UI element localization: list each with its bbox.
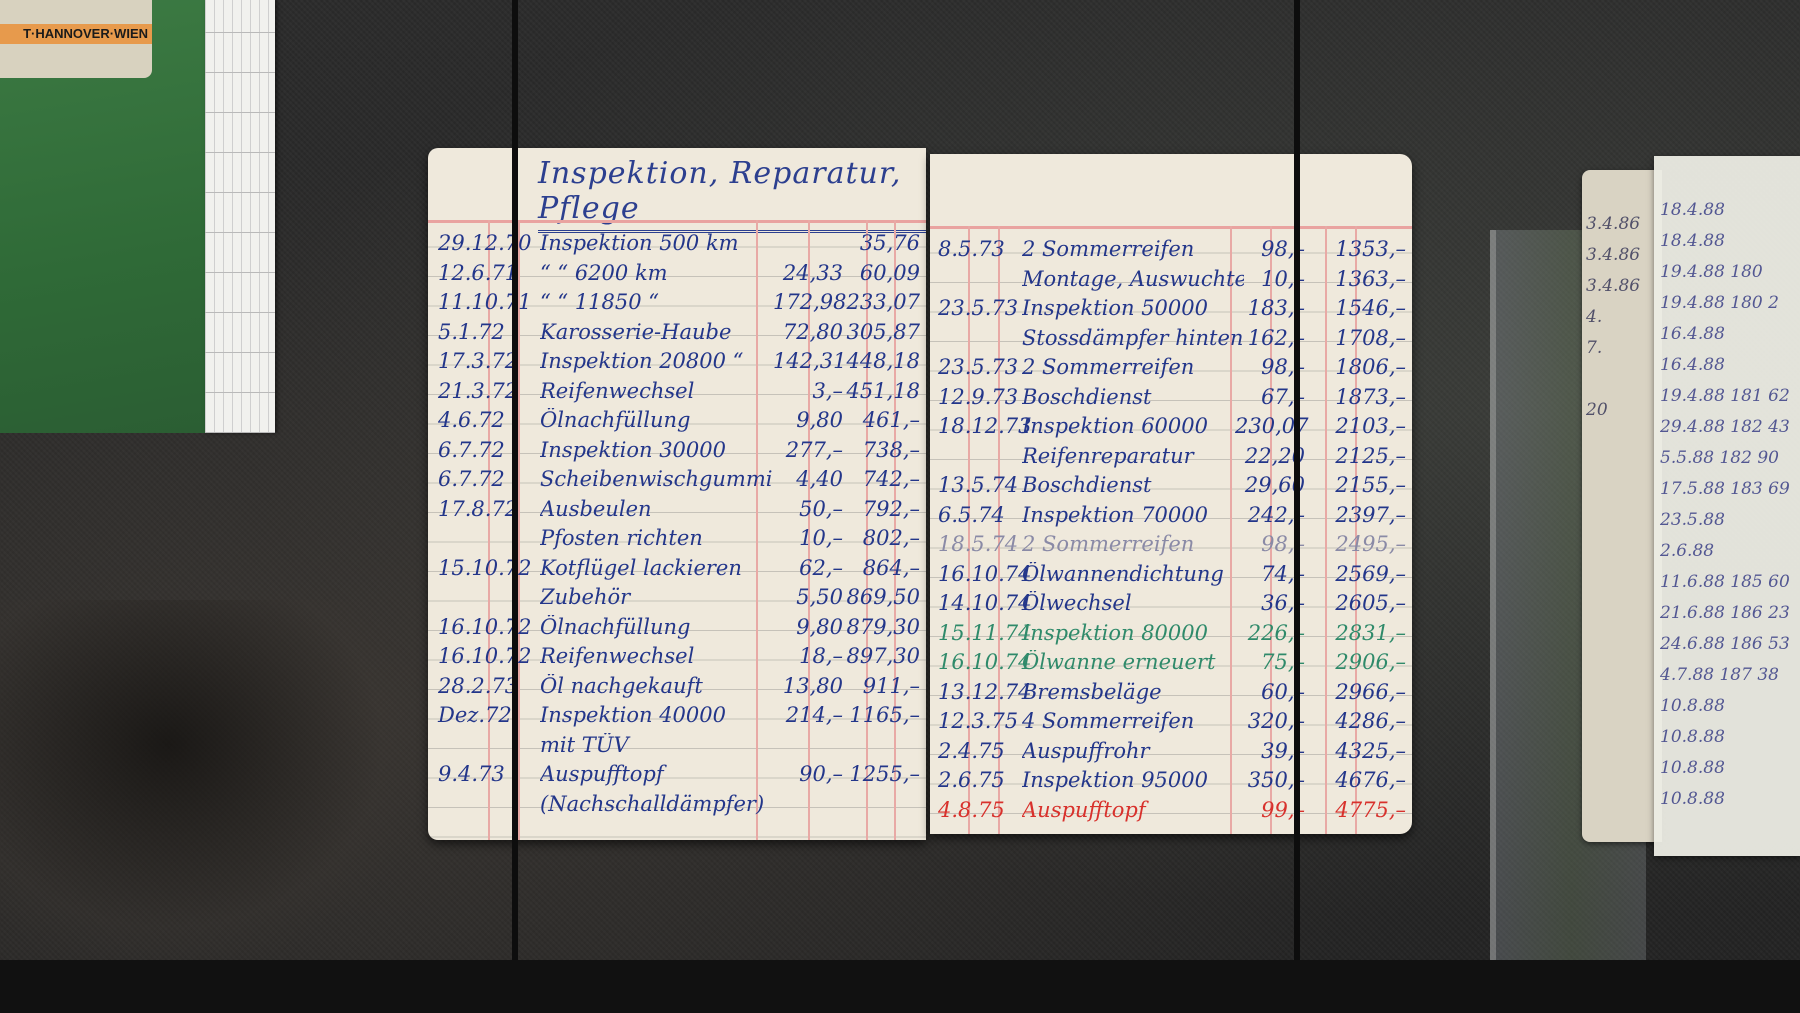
entry-desc: Ölwanne erneuert [1022, 650, 1244, 674]
entry-desc: Inspektion 500 km [540, 231, 805, 255]
entry-total: 461,– [828, 408, 920, 432]
entry-desc: mit TÜV [540, 733, 805, 757]
entry-date: 16.10.74 [938, 650, 1018, 674]
entry-total: 451,18 [828, 379, 920, 403]
entry-total: 2125,– [1310, 444, 1406, 468]
entry-date: 14.10.74 [938, 591, 1018, 615]
entry-total: 742,– [828, 467, 920, 491]
note-line: 16.4.88 [1654, 324, 1800, 355]
entry-desc: 2 Sommerreifen [1022, 532, 1244, 556]
cover-label-text: T·HANNOVER·WIEN [0, 24, 152, 44]
entry-total: 4775,– [1310, 798, 1406, 822]
entry-total: 2155,– [1310, 473, 1406, 497]
note-line: 10.8.88 [1654, 696, 1800, 727]
entry-desc: Inspektion 70000 [1022, 503, 1244, 527]
note-line: 19.4.88 180 2 [1654, 293, 1800, 324]
entry-desc: Auspufftopf [1022, 798, 1244, 822]
note-line: 18.4.88 [1654, 231, 1800, 262]
logbook-left-page: Inspektion, Reparatur, Pflege 29.12.70In… [428, 148, 926, 840]
entry-desc: Inspektion 30000 [540, 438, 805, 462]
entry-desc: Inspektion 95000 [1022, 768, 1244, 792]
entry-total: 792,– [828, 497, 920, 521]
note-line: 7. [1582, 338, 1662, 369]
entry-desc: Boschdienst [1022, 385, 1244, 409]
entry-desc: Stossdämpfer hinten [1022, 326, 1244, 350]
ledger-entry: Montage, Auswuchten10,–1363,– [930, 264, 1412, 294]
entry-total: 869,50 [828, 585, 920, 609]
note-line: 10.8.88 [1654, 789, 1800, 820]
entry-desc: (Nachschalldämpfer) [540, 792, 805, 816]
entry-total: 2569,– [1310, 562, 1406, 586]
ledger-entry: 14.10.74Ölwechsel36,–2605,– [930, 588, 1412, 618]
entry-desc: Reifenwechsel [540, 379, 805, 403]
entry-total: 2103,– [1310, 414, 1406, 438]
ledger-entry: 15.11.74Inspektion 80000226,–2831,– [930, 618, 1412, 648]
entry-total: 233,07 [828, 290, 920, 314]
entry-total: 1806,– [1310, 355, 1406, 379]
entry-desc: Ölwechsel [1022, 591, 1244, 615]
note-line: 16.4.88 [1654, 355, 1800, 386]
entry-total: 305,87 [828, 320, 920, 344]
ledger-entry: 18.12.73Inspektion 60000230,072103,– [930, 411, 1412, 441]
entry-desc: “ “ 6200 km [540, 261, 805, 285]
note-line: 4. [1582, 307, 1662, 338]
entry-desc: Boschdienst [1022, 473, 1244, 497]
green-notebook: T·HANNOVER·WIEN [0, 0, 208, 433]
ledger-entry: 6.7.72Inspektion 30000277,–738,– [428, 435, 926, 465]
ledger-entry: 13.5.74Boschdienst29,602155,– [930, 470, 1412, 500]
entry-desc: Inspektion 80000 [1022, 621, 1244, 645]
note-line: 11.6.88 185 60 [1654, 572, 1800, 603]
ledger-entry: 16.10.74Ölwannendichtung74,–2569,– [930, 559, 1412, 589]
maintenance-logbook: Inspektion, Reparatur, Pflege 29.12.70In… [428, 148, 1412, 840]
entry-total: 1353,– [1310, 237, 1406, 261]
entry-total: 1708,– [1310, 326, 1406, 350]
ledger-entry: 8.5.732 Sommerreifen98,–1353,– [930, 234, 1412, 264]
ledger-entry: 17.8.72Ausbeulen50,–792,– [428, 494, 926, 524]
ledger-entry: 4.8.75Auspufftopf99,–4775,– [930, 795, 1412, 825]
ledger-entry: Zubehör5,50869,50 [428, 582, 926, 612]
entry-total: 2906,– [1310, 650, 1406, 674]
entry-total: 2495,– [1310, 532, 1406, 556]
entry-desc: Reifenreparatur [1022, 444, 1244, 468]
entry-desc: “ “ 11850 “ [540, 290, 805, 314]
ledger-entry: 12.9.73Boschdienst67,–1873,– [930, 382, 1412, 412]
note-line: 19.4.88 180 [1654, 262, 1800, 293]
entry-date: 13.5.74 [938, 473, 1018, 497]
entry-total: 60,09 [828, 261, 920, 285]
entry-date: 12.9.73 [938, 385, 1018, 409]
ledger-entry: Stossdämpfer hinten162,–1708,– [930, 323, 1412, 353]
note-line: 23.5.88 [1654, 510, 1800, 541]
entry-desc: Karosserie-Haube [540, 320, 805, 344]
note-line: 18.4.88 [1654, 200, 1800, 231]
ledger-entry: 15.10.72Kotflügel lackieren62,–864,– [428, 553, 926, 583]
entry-total: 864,– [828, 556, 920, 580]
notebook-cover-label: T·HANNOVER·WIEN [0, 0, 152, 78]
entry-desc: Pfosten richten [540, 526, 805, 550]
ledger-entry: 12.3.754 Sommerreifen320,–4286,– [930, 706, 1412, 736]
entry-desc: Scheibenwischgummi [540, 467, 805, 491]
entry-total: 738,– [828, 438, 920, 462]
entry-total: 911,– [828, 674, 920, 698]
entry-date: 4.8.75 [938, 798, 1018, 822]
entry-total: 1165,– [828, 703, 920, 727]
entry-total: 1363,– [1310, 267, 1406, 291]
note-line: 10.8.88 [1654, 758, 1800, 789]
ledger-entry: 6.7.72Scheibenwischgummi4,40742,– [428, 464, 926, 494]
note-line: 20 [1582, 400, 1662, 431]
note-line: 21.6.88 186 23 [1654, 603, 1800, 634]
entry-total: 2831,– [1310, 621, 1406, 645]
entry-total: 879,30 [828, 615, 920, 639]
entry-total: 802,– [828, 526, 920, 550]
glass-reflection-person [0, 600, 420, 960]
ledger-entry: Pfosten richten10,–802,– [428, 523, 926, 553]
note-line: 19.4.88 181 62 [1654, 386, 1800, 417]
entry-desc: Inspektion 40000 [540, 703, 805, 727]
ledger-entry: 29.12.70Inspektion 500 km35,76 [428, 228, 926, 258]
entry-total: 2966,– [1310, 680, 1406, 704]
entry-desc: Öl nachgekauft [540, 674, 805, 698]
ledger-entry: 23.5.732 Sommerreifen98,–1806,– [930, 352, 1412, 382]
entry-date: 23.5.73 [938, 296, 1018, 320]
right-page-entries: 8.5.732 Sommerreifen98,–1353,–Montage, A… [930, 234, 1412, 824]
note-line: 4.7.88 187 38 [1654, 665, 1800, 696]
entry-desc: Ausbeulen [540, 497, 805, 521]
ledger-entry: (Nachschalldämpfer) [428, 789, 926, 819]
note-line [1582, 493, 1662, 524]
ledger-entry: 11.10.71“ “ 11850 “172,98233,07 [428, 287, 926, 317]
entry-date: 16.10.74 [938, 562, 1018, 586]
entry-date: 6.5.74 [938, 503, 1018, 527]
ledger-entry: 13.12.74Bremsbeläge60,–2966,– [930, 677, 1412, 707]
entry-date: 2.4.75 [938, 739, 1018, 763]
note-line: 10.8.88 [1654, 727, 1800, 758]
note-line [1582, 462, 1662, 493]
entry-total: 4676,– [1310, 768, 1406, 792]
side-note-back: 3.4.863.4.863.4.864.7.20 [1582, 170, 1662, 842]
entry-total: 897,30 [828, 644, 920, 668]
ledger-entry: 4.6.72Ölnachfüllung9,80461,– [428, 405, 926, 435]
note-line: 24.6.88 186 53 [1654, 634, 1800, 665]
entry-desc: 2 Sommerreifen [1022, 355, 1244, 379]
ledger-entry: 16.10.72Reifenwechsel18,–897,30 [428, 641, 926, 671]
entry-desc: 2 Sommerreifen [1022, 237, 1244, 261]
entry-desc: Kotflügel lackieren [540, 556, 805, 580]
note-line: 2.6.88 [1654, 541, 1800, 572]
ledger-entry: 6.5.74Inspektion 70000242,–2397,– [930, 500, 1412, 530]
entry-total: 448,18 [828, 349, 920, 373]
note-line [1582, 431, 1662, 462]
entry-desc: Reifenwechsel [540, 644, 805, 668]
logbook-right-page: 8.5.732 Sommerreifen98,–1353,–Montage, A… [930, 154, 1412, 834]
ledger-entry: 16.10.74Ölwanne erneuert75,–2906,– [930, 647, 1412, 677]
entry-date: 12.3.75 [938, 709, 1018, 733]
entry-desc: Auspuffrohr [1022, 739, 1244, 763]
entry-desc: Zubehör [540, 585, 805, 609]
entry-desc: Bremsbeläge [1022, 680, 1244, 704]
ledger-entry: 9.4.73Auspufftopf90,–1255,– [428, 759, 926, 789]
entry-date: 18.12.73 [938, 414, 1018, 438]
ledger-entry: Dez.72Inspektion 40000214,–1165,– [428, 700, 926, 730]
entry-desc: 4 Sommerreifen [1022, 709, 1244, 733]
ledger-entry: 12.6.71“ “ 6200 km24,3360,09 [428, 258, 926, 288]
entry-total: 4286,– [1310, 709, 1406, 733]
entry-date: 18.5.74 [938, 532, 1018, 556]
entry-desc: Montage, Auswuchten [1022, 267, 1244, 291]
entry-total: 4325,– [1310, 739, 1406, 763]
note-line: 3.4.86 [1582, 276, 1662, 307]
note-line: 29.4.88 182 43 [1654, 417, 1800, 448]
display-string [1294, 0, 1300, 960]
note-line: 17.5.88 183 69 [1654, 479, 1800, 510]
ledger-entry: mit TÜV [428, 730, 926, 760]
ledger-entry: 28.2.73Öl nachgekauft13,80911,– [428, 671, 926, 701]
entry-total: 2397,– [1310, 503, 1406, 527]
entry-total: 1546,– [1310, 296, 1406, 320]
note-line: 3.4.86 [1582, 214, 1662, 245]
side-note-front: 18.4.8818.4.8819.4.88 18019.4.88 180 216… [1654, 156, 1800, 856]
entry-date: 15.11.74 [938, 621, 1018, 645]
case-frame-bottom [0, 960, 1800, 1013]
entry-desc: Inspektion 50000 [1022, 296, 1244, 320]
display-string [512, 0, 518, 960]
ledger-entry: 2.4.75Auspuffrohr39,–4325,– [930, 736, 1412, 766]
ledger-entry: 5.1.72Karosserie-Haube72,80305,87 [428, 317, 926, 347]
ledger-entry: 23.5.73Inspektion 50000183,–1546,– [930, 293, 1412, 323]
entry-desc: Ölwannendichtung [1022, 562, 1244, 586]
note-line: 3.4.86 [1582, 245, 1662, 276]
entry-desc: Ölnachfüllung [540, 408, 805, 432]
entry-total: 35,76 [828, 231, 920, 255]
ledger-entry: 18.5.742 Sommerreifen98,–2495,– [930, 529, 1412, 559]
entry-date: 8.5.73 [938, 237, 1018, 261]
ledger-entry: 2.6.75Inspektion 95000350,–4676,– [930, 765, 1412, 795]
entry-total: 1873,– [1310, 385, 1406, 409]
entry-desc: Inspektion 60000 [1022, 414, 1244, 438]
note-line [1582, 369, 1662, 400]
ledger-entry: 16.10.72Ölnachfüllung9,80879,30 [428, 612, 926, 642]
entry-date: 23.5.73 [938, 355, 1018, 379]
ledger-entry: 17.3.72Inspektion 20800 “142,31448,18 [428, 346, 926, 376]
note-line: 5.5.88 182 90 [1654, 448, 1800, 479]
entry-total: 2605,– [1310, 591, 1406, 615]
entry-desc: Inspektion 20800 “ [540, 349, 805, 373]
grid-paper-page [205, 0, 275, 433]
entry-total: 1255,– [828, 762, 920, 786]
entry-date: 13.12.74 [938, 680, 1018, 704]
left-page-entries: 29.12.70Inspektion 500 km35,7612.6.71“ “… [428, 228, 926, 818]
entry-desc: Ölnachfüllung [540, 615, 805, 639]
entry-date: 2.6.75 [938, 768, 1018, 792]
entry-desc: Auspufftopf [540, 762, 805, 786]
ledger-entry: 21.3.72Reifenwechsel3,–451,18 [428, 376, 926, 406]
ledger-entry: Reifenreparatur22,202125,– [930, 441, 1412, 471]
